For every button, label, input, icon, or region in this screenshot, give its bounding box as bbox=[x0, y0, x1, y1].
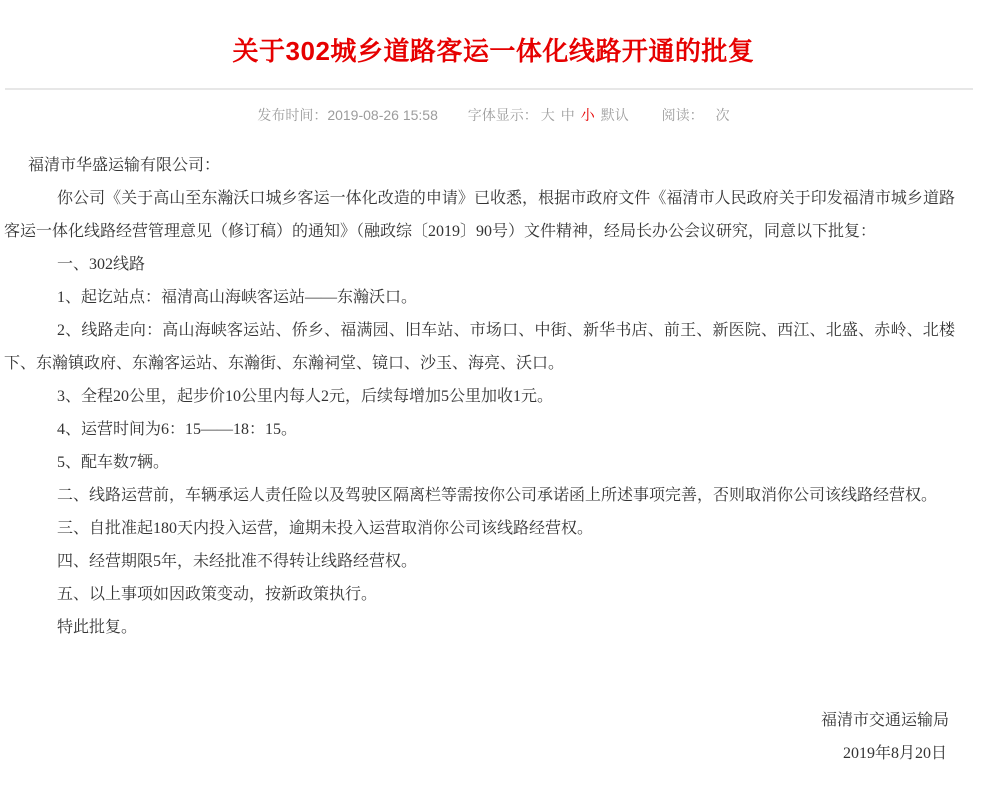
closing-line: 特此批复。 bbox=[4, 611, 955, 644]
font-size-small-link[interactable]: 小 bbox=[581, 107, 595, 123]
body-paragraph: 你公司《关于高山至东瀚沃口城乡客运一体化改造的申请》已收悉，根据市政府文件《福清… bbox=[4, 182, 955, 248]
signature-org: 福清市交通运输局 bbox=[4, 704, 955, 737]
body-paragraph: 三、自批准起180天内投入运营，逾期未投入运营取消你公司该线路经营权。 bbox=[4, 512, 955, 545]
body-paragraph: 4、运营时间为6：15——18：15。 bbox=[4, 413, 955, 446]
meta-bar: 发布时间：2019-08-26 15:58 字体显示：大中小默认 阅读：次 bbox=[0, 90, 987, 125]
body-paragraph: 2、线路走向：高山海峡客运站、侨乡、福满园、旧车站、市场口、中街、新华书店、前王… bbox=[4, 314, 955, 380]
body-paragraph: 1、起讫站点：福清高山海峡客运站——东瀚沃口。 bbox=[4, 281, 955, 314]
body-paragraph: 五、以上事项如因政策变动，按新政策执行。 bbox=[4, 578, 955, 611]
font-size-large-link[interactable]: 大 bbox=[541, 107, 555, 123]
read-count-label: 阅读： bbox=[662, 107, 704, 123]
page-title: 关于302城乡道路客运一体化线路开通的批复 bbox=[0, 34, 987, 68]
body-paragraph: 二、线路运营前，车辆承运人责任险以及驾驶区隔离栏等需按你公司承诺函上所述事项完善… bbox=[4, 479, 955, 512]
font-size-default-link[interactable]: 默认 bbox=[601, 107, 629, 123]
article-body: 福清市华盛运输有限公司： 你公司《关于高山至东瀚沃口城乡客运一体化改造的申请》已… bbox=[0, 125, 987, 800]
body-paragraph: 一、302线路 bbox=[4, 248, 955, 281]
article-page: 关于302城乡道路客运一体化线路开通的批复 发布时间：2019-08-26 15… bbox=[0, 0, 987, 800]
font-size-label: 字体显示： bbox=[468, 107, 538, 123]
salutation: 福清市华盛运输有限公司： bbox=[4, 149, 955, 182]
signature-date: 2019年8月20日 bbox=[4, 737, 955, 770]
publish-time: 发布时间：2019-08-26 15:58 bbox=[257, 107, 438, 123]
font-size-control: 字体显示：大中小默认 bbox=[468, 107, 632, 123]
read-count-suffix: 次 bbox=[716, 107, 730, 123]
publish-time-value: 2019-08-26 15:58 bbox=[327, 107, 438, 123]
font-size-medium-link[interactable]: 中 bbox=[561, 107, 575, 123]
body-paragraph: 3、全程20公里，起步价10公里内每人2元，后续每增加5公里加收1元。 bbox=[4, 380, 955, 413]
read-count: 阅读：次 bbox=[662, 107, 730, 123]
publish-time-label: 发布时间： bbox=[257, 107, 327, 123]
body-paragraph: 5、配车数7辆。 bbox=[4, 446, 955, 479]
body-paragraph: 四、经营期限5年，未经批准不得转让线路经营权。 bbox=[4, 545, 955, 578]
